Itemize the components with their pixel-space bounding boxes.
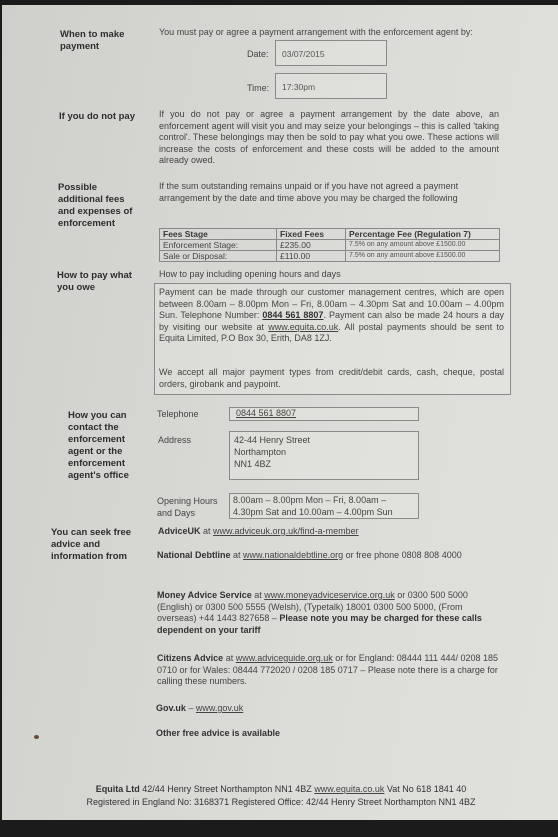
footer-company: Equita Ltd: [96, 784, 140, 794]
payment-website-link[interactable]: www.equita.co.uk: [268, 322, 338, 332]
telephone-label: Telephone: [157, 409, 199, 421]
letter-page: When to make payment You must pay or agr…: [2, 5, 558, 820]
advice-citizens-advice: Citizens Advice at www.adviceguide.org.u…: [157, 653, 502, 688]
mas-name: Money Advice Service: [157, 590, 252, 600]
how-to-pay-intro: How to pay including opening hours and d…: [159, 269, 341, 281]
advice-text: at: [252, 590, 265, 600]
advice-text: –: [186, 703, 196, 713]
fees-text: If the sum outstanding remains unpaid or…: [159, 181, 499, 204]
footer-line-2: Registered in England No: 3168371 Regist…: [2, 797, 558, 807]
footer-text: 42/44 Henry Street Northampton NN1 4BZ: [140, 784, 315, 794]
advice-money-advice-service: Money Advice Service at www.moneyadvices…: [157, 590, 502, 636]
when-to-pay-label: When to make payment: [60, 29, 150, 53]
table-row: Sale or Disposal: £110.00 7.5% on any am…: [160, 251, 500, 262]
contact-label: How you can contact the enforcement agen…: [68, 410, 150, 482]
payment-types-text: We accept all major payment types from c…: [159, 367, 504, 390]
advice-national-debtline: National Debtline at www.nationaldebtlin…: [157, 550, 502, 562]
cell-percentage: 7.5% on any amount above £1500.00: [346, 251, 500, 262]
cell-stage: Enforcement Stage:: [160, 240, 277, 251]
footer-line-1: Equita Ltd 42/44 Henry Street Northampto…: [2, 784, 558, 794]
cell-fixed: £235.00: [277, 240, 346, 251]
header-percentage-fee: Percentage Fee (Regulation 7): [346, 229, 500, 240]
opening-hours-label: Opening Hours and Days: [157, 496, 227, 519]
cell-fixed: £110.00: [277, 251, 346, 262]
cell-percentage: 7.5% on any amount above £1500.00: [346, 240, 500, 251]
gov-link[interactable]: www.gov.uk: [196, 703, 243, 713]
address-line-3: NN1 4BZ: [234, 459, 271, 471]
fees-table-header: Fees Stage Fixed Fees Percentage Fee (Re…: [160, 229, 500, 240]
time-field: 17:30pm: [275, 73, 387, 99]
ca-link[interactable]: www.adviceguide.org.uk: [236, 653, 333, 663]
adviceuk-link[interactable]: www.adviceuk.org.uk/find-a-member: [213, 526, 359, 536]
cell-stage: Sale or Disposal:: [160, 251, 277, 262]
opening-hours-field: 8.00am – 8.00pm Mon – Fri, 8.00am – 4.30…: [229, 493, 419, 519]
not-pay-label: If you do not pay: [59, 111, 135, 123]
opening-hours-value: 8.00am – 8.00pm Mon – Fri, 8.00am – 4.30…: [233, 495, 415, 518]
time-label: Time:: [247, 83, 269, 95]
address-line-1: 42-44 Henry Street: [234, 435, 310, 447]
mas-link[interactable]: www.moneyadviceservice.org.uk: [264, 590, 395, 600]
not-pay-text: If you do not pay or agree a payment arr…: [159, 109, 499, 167]
fees-table: Fees Stage Fixed Fees Percentage Fee (Re…: [159, 228, 500, 262]
ca-name: Citizens Advice: [157, 653, 223, 663]
paper-stain: [34, 735, 39, 739]
address-line-2: Northampton: [234, 447, 286, 459]
other-advice-text: Other free advice is available: [156, 728, 280, 740]
advice-text: or free phone 0808 808 4000: [343, 550, 462, 560]
advice-gov-uk: Gov.uk – www.gov.uk: [156, 703, 243, 715]
header-fixed-fees: Fixed Fees: [277, 229, 346, 240]
when-to-pay-text: You must pay or agree a payment arrangem…: [159, 27, 509, 39]
footer-text: Vat No 618 1841 40: [384, 784, 466, 794]
advice-label: You can seek free advice and information…: [51, 527, 146, 563]
telephone-field: 0844 561 8807: [229, 407, 419, 421]
advice-adviceuk: AdviceUK at www.adviceuk.org.uk/find-a-m…: [158, 526, 508, 538]
nd-name: National Debtline: [157, 550, 231, 560]
advice-text: at: [231, 550, 244, 560]
gov-name: Gov.uk: [156, 703, 186, 713]
time-value: 17:30pm: [282, 82, 315, 92]
header-fees-stage: Fees Stage: [160, 229, 277, 240]
payment-info-paragraph: Payment can be made through our customer…: [159, 287, 504, 345]
payment-phone-link[interactable]: 0844 561 8807: [262, 310, 323, 320]
adviceuk-name: AdviceUK: [158, 526, 201, 536]
nd-link[interactable]: www.nationaldebtline.org: [243, 550, 343, 560]
table-row: Enforcement Stage: £235.00 7.5% on any a…: [160, 240, 500, 251]
advice-text: at: [223, 653, 236, 663]
date-label: Date:: [247, 49, 269, 61]
address-field: 42-44 Henry Street Northampton NN1 4BZ: [229, 431, 419, 480]
footer-website-link[interactable]: www.equita.co.uk: [314, 784, 384, 794]
advice-text: at: [201, 526, 214, 536]
date-field: 03/07/2015: [275, 40, 387, 66]
fees-label: Possible additional fees and expenses of…: [58, 182, 143, 230]
address-label: Address: [158, 435, 191, 447]
date-value: 03/07/2015: [282, 49, 325, 59]
payment-info-box: Payment can be made through our customer…: [154, 283, 511, 395]
telephone-value-link[interactable]: 0844 561 8807: [236, 408, 296, 420]
how-to-pay-label: How to pay what you owe: [57, 270, 142, 294]
